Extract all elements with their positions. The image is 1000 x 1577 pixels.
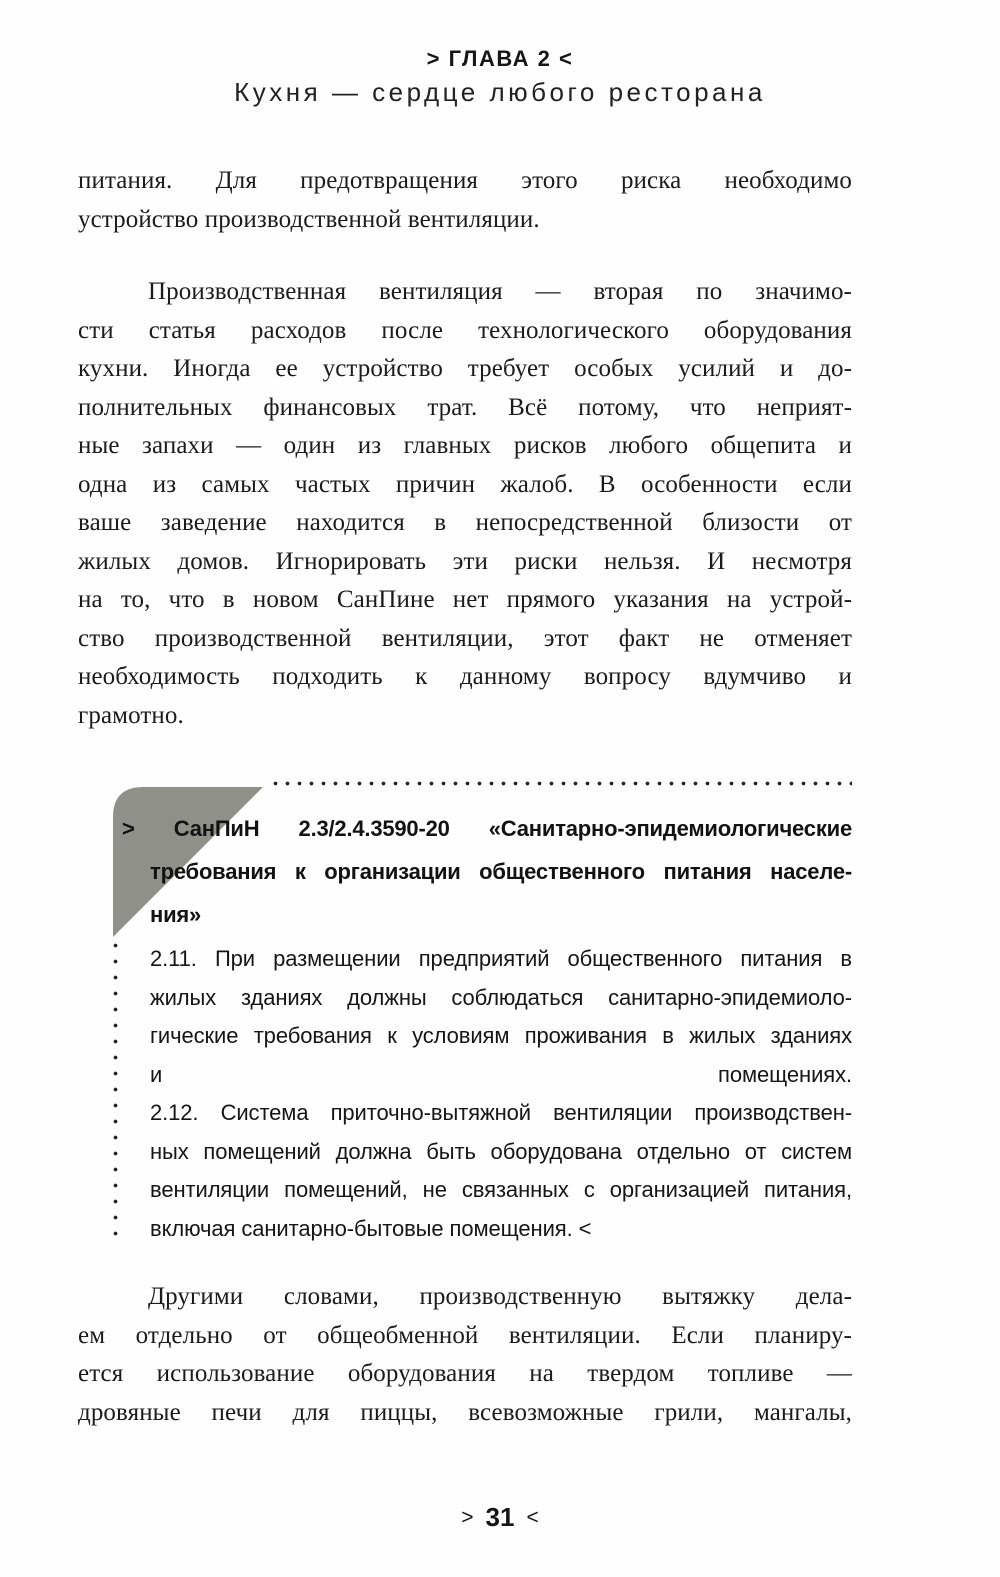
page-header: > ГЛАВА 2 < Кухня — сердце любого рестор…: [0, 0, 1000, 110]
text-line: Другими словами, производственную вытяжк…: [78, 1278, 852, 1317]
text-line: на то, что в новом СанПине нет прямого у…: [78, 581, 852, 620]
book-page: { "header": { "chapter": "> ГЛАВА 2 <", …: [0, 0, 1000, 1577]
sanpin-callout-box: > СанПиН 2.3/2.4.3590-20 «Санитарно-эпид…: [113, 781, 852, 1248]
page-number: 31: [486, 1502, 515, 1533]
text-line: ваше заведение находится в непосредствен…: [78, 504, 852, 543]
text-line: необходимость подходить к данному вопрос…: [78, 658, 852, 697]
paragraph-2: Производственная вентиляция — вторая по …: [78, 273, 852, 735]
text-line: ем отдельно от общеобменной вентиляции. …: [78, 1317, 852, 1356]
paragraph-3: Другими словами, производственную вытяжк…: [78, 1278, 852, 1432]
text-line: 2.11. При размещении предприятий обществ…: [150, 940, 852, 979]
text-line: дровяные печи для пиццы, всевозможные гр…: [78, 1394, 852, 1433]
text-line: ство производственной вентиляции, этот ф…: [78, 620, 852, 659]
text-line: грамотно.: [78, 697, 852, 736]
text-line: устройство производственной вентиляции.: [78, 201, 852, 240]
text-line: ные запахи — один из главных рисков любо…: [78, 427, 852, 466]
text-line: требования к организации общественного п…: [150, 850, 852, 893]
text-line: сти статья расходов после технологическо…: [78, 312, 852, 351]
text-line: > СанПиН 2.3/2.4.3590-20 «Санитарно-эпид…: [122, 807, 852, 850]
text-line: 2.12. Система приточно-вытяжной вентиляц…: [150, 1094, 852, 1133]
page-body: питания. Для предотвращения этого риска …: [0, 162, 852, 1432]
text-line: ных помещений должна быть оборудована от…: [150, 1133, 852, 1172]
text-line: кухни. Иногда ее устройство требует особ…: [78, 350, 852, 389]
text-line: жилых зданиях должны соблюдаться санитар…: [150, 979, 852, 1018]
callout-body: 2.11. При размещении предприятий обществ…: [150, 940, 852, 1248]
text-line: жилых домов. Игнорировать эти риски нель…: [78, 543, 852, 582]
dotted-top-border: [273, 781, 852, 786]
callout-heading: > СанПиН 2.3/2.4.3590-20 «Санитарно-эпид…: [150, 807, 852, 936]
text-line: питания. Для предотвращения этого риска …: [78, 162, 852, 201]
text-line: вентиляции помещений, не связанных с орг…: [150, 1171, 852, 1210]
text-line: и помещениях.: [150, 1056, 852, 1095]
footer-right-bracket: <: [526, 1506, 538, 1530]
text-line: Производственная вентиляция — вторая по …: [78, 273, 852, 312]
text-line: гические требования к условиям проживани…: [150, 1017, 852, 1056]
chapter-label: > ГЛАВА 2 <: [0, 44, 1000, 74]
dotted-left-border: [113, 943, 118, 1244]
footer-left-bracket: >: [461, 1506, 473, 1530]
text-line: одна из самых частых причин жалоб. В осо…: [78, 466, 852, 505]
text-line: ния»: [150, 893, 852, 936]
paragraph-1: питания. Для предотвращения этого риска …: [78, 162, 852, 239]
chapter-subtitle: Кухня — сердце любого ресторана: [0, 74, 1000, 110]
text-line: полнительных финансовых трат. Всё потому…: [78, 389, 852, 428]
text-line: ется использование оборудования на тверд…: [78, 1355, 852, 1394]
text-line: включая санитарно-бытовые помещения. <: [150, 1210, 852, 1249]
page-footer: > 31 <: [0, 1502, 1000, 1533]
